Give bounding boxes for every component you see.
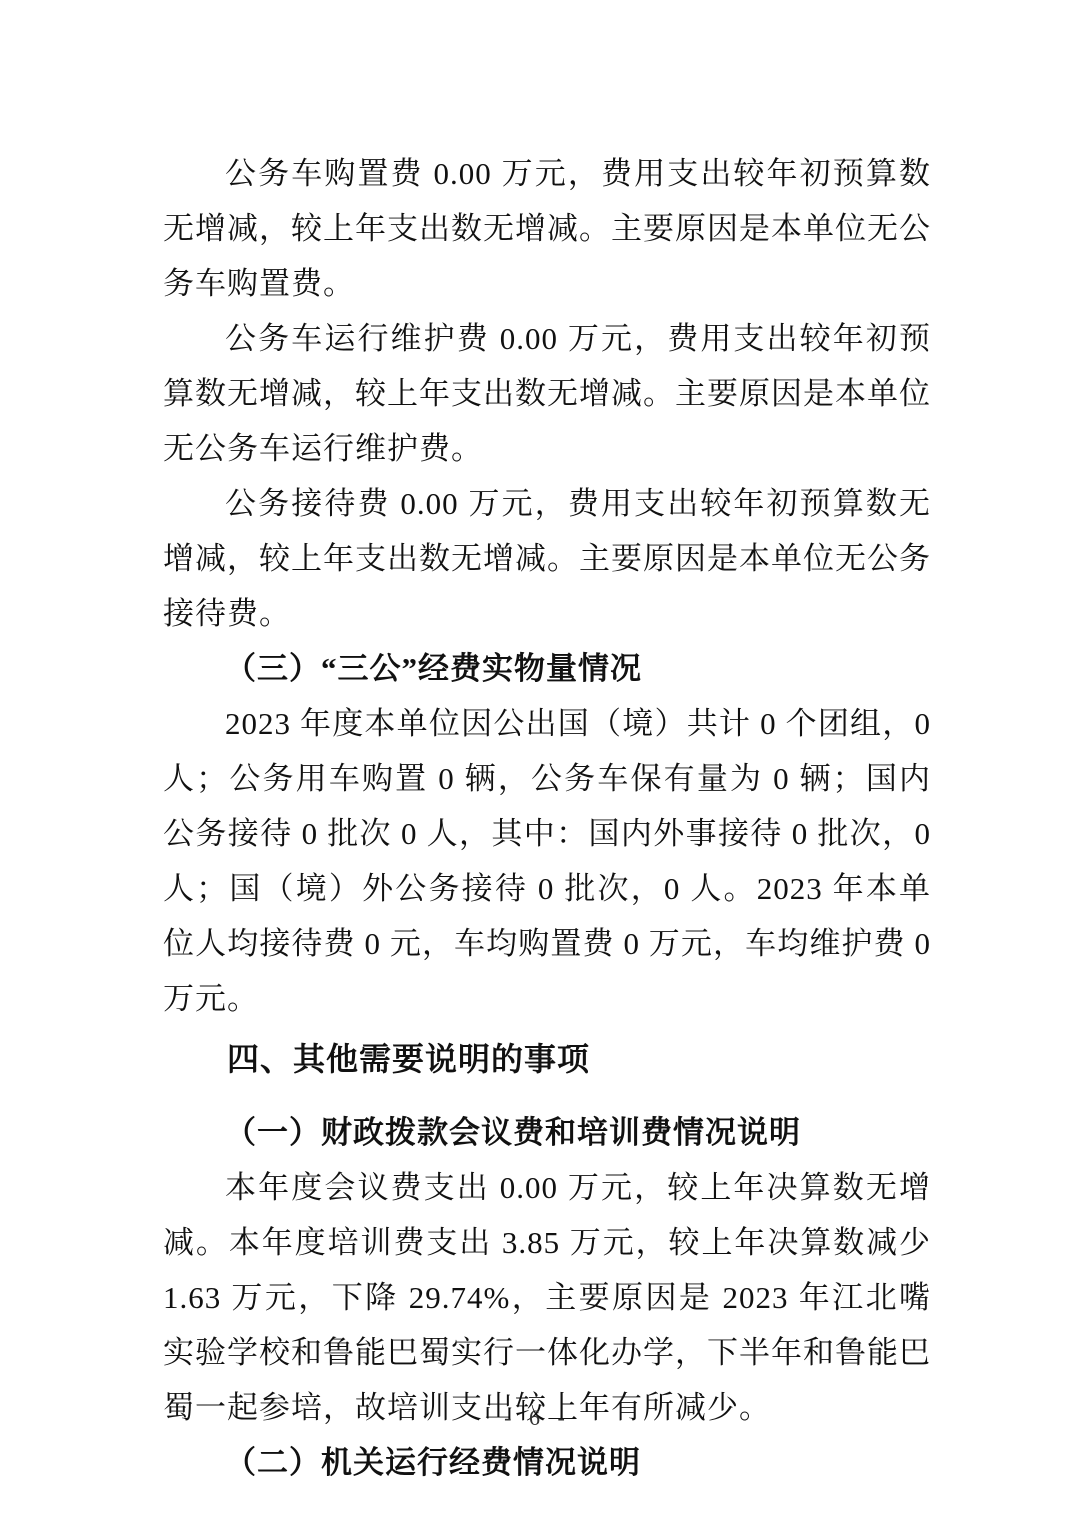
page-number: - 6 - <box>504 1405 571 1430</box>
paragraph-official-reception-fee: 公务接待费 0.00 万元，费用支出较年初预算数无增减，较上年支出数无增减。主要… <box>163 476 931 641</box>
paragraph-meeting-training-fee-details: 本年度会议费支出 0.00 万元，较上年决算数无增减。本年度培训费支出 3.85… <box>163 1160 931 1435</box>
document-body: 公务车购置费 0.00 万元，费用支出较年初预算数无增减，较上年支出数无增减。主… <box>163 146 931 1490</box>
paragraph-physical-quantity-details: 2023 年度本单位因公出国（境）共计 0 个团组，0 人；公务用车购置 0 辆… <box>163 696 931 1026</box>
heading-section-four-other-matters: 四、其他需要说明的事项 <box>163 1032 931 1087</box>
heading-meeting-and-training-fee-explanation: （一）财政拨款会议费和培训费情况说明 <box>163 1105 931 1160</box>
document-page: 公务车购置费 0.00 万元，费用支出较年初预算数无增减，较上年支出数无增减。主… <box>0 0 1075 1520</box>
heading-agency-operating-expenses-explanation: （二）机关运行经费情况说明 <box>163 1435 931 1490</box>
paragraph-official-vehicle-purchase-fee: 公务车购置费 0.00 万元，费用支出较年初预算数无增减，较上年支出数无增减。主… <box>163 146 931 311</box>
heading-three-public-expenses-physical-quantity: （三）“三公”经费实物量情况 <box>163 641 931 696</box>
page-footer: - 6 - <box>0 1405 1075 1431</box>
paragraph-official-vehicle-maintenance-fee: 公务车运行维护费 0.00 万元，费用支出较年初预算数无增减，较上年支出数无增减… <box>163 311 931 476</box>
